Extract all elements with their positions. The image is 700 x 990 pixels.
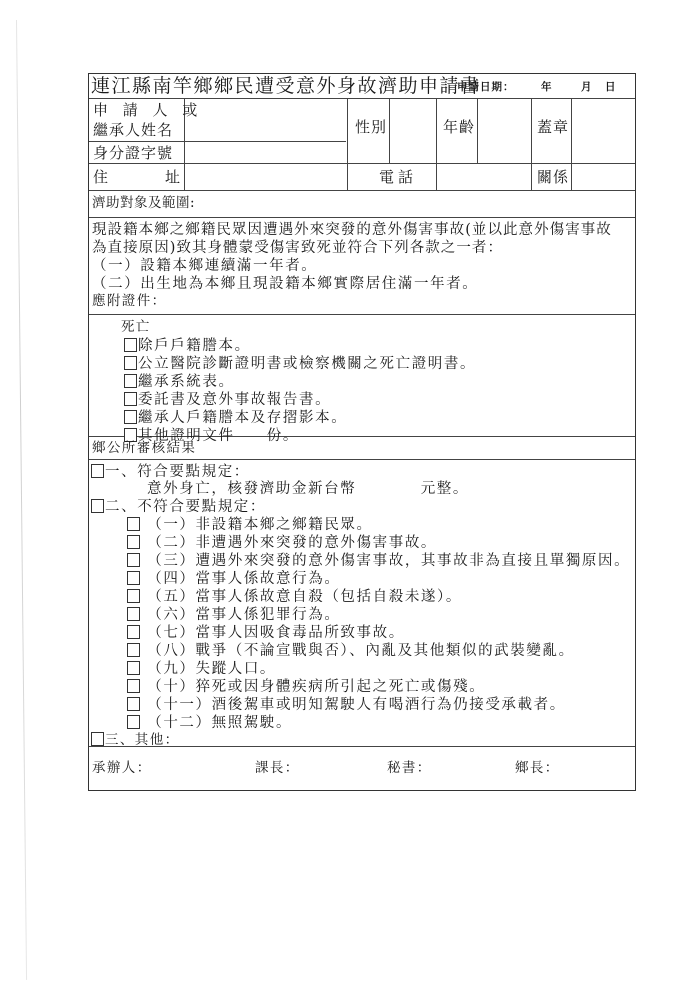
- age-field[interactable]: [482, 103, 527, 159]
- reason-checkbox[interactable]: [127, 661, 140, 675]
- reason-label: （六）當事人係犯罪行為。: [147, 607, 340, 623]
- seal-field[interactable]: [576, 103, 631, 159]
- divider: [184, 141, 346, 142]
- attachment-item: 委託書及意外事故報告書。: [124, 392, 331, 408]
- compliant-checkbox[interactable]: [91, 464, 104, 478]
- application-date-label: 申請日期：: [457, 82, 515, 93]
- attachment-checkbox[interactable]: [124, 338, 137, 352]
- divider: [89, 141, 184, 142]
- reason-item: （一）非設籍本鄉之鄉籍民眾。: [127, 517, 373, 533]
- review-non-compliant: 二、不符合要點規定：: [91, 499, 266, 515]
- reason-checkbox[interactable]: [127, 553, 140, 567]
- attachment-item: 除戶戶籍謄本。: [124, 338, 251, 354]
- reason-item: （五）當事人係故意自殺（包括自殺未遂）。: [127, 589, 462, 605]
- gender-label: 性別: [355, 120, 387, 135]
- reason-checkbox[interactable]: [127, 517, 140, 531]
- divider: [389, 98, 390, 163]
- review-other: 三、其他：: [91, 732, 180, 748]
- address-field[interactable]: [189, 167, 342, 187]
- applicant-name-label-line1: 申 請 人 或: [93, 103, 202, 118]
- reason-item: （七）當事人因吸食毒品所致事故。: [127, 625, 405, 641]
- other-checkbox[interactable]: [91, 732, 104, 746]
- divider: [89, 98, 635, 99]
- attachment-item: 繼承人戶籍謄本及存摺影本。: [124, 410, 347, 426]
- attachment-checkbox[interactable]: [124, 392, 137, 406]
- id-number-field[interactable]: [189, 144, 342, 161]
- reason-label: （二）非遭遇外來突發的意外傷害事故。: [147, 535, 437, 551]
- reason-item: （十一）酒後駕車或明知駕駛人有喝酒行為仍接受承載者。: [127, 697, 566, 713]
- reason-item: （三）遭遇外來突發的意外傷害事故，其事故非為直接且單獨原因。: [127, 553, 630, 569]
- review-compliant: 一、符合要點規定：: [91, 464, 250, 480]
- relation-label: 關係: [537, 170, 569, 185]
- reason-checkbox[interactable]: [127, 607, 140, 621]
- attachment-item: 公立醫院診斷證明書或檢察機關之死亡證明書。: [124, 356, 476, 372]
- gender-field[interactable]: [394, 103, 432, 159]
- scan-edge-line: [16, 20, 27, 980]
- reason-checkbox[interactable]: [127, 625, 140, 639]
- handler-signature-label: 承辦人：: [92, 762, 152, 776]
- reason-checkbox[interactable]: [127, 715, 140, 729]
- divider: [477, 98, 478, 163]
- scope-description-line2: 為直接原因)致其身體蒙受傷害致死並符合下列各款之一者：: [92, 241, 503, 256]
- phone-field[interactable]: [441, 167, 526, 187]
- scope-description-line1: 現設籍本鄉之鄉籍民眾因遭遇外來突發的意外傷害事故(並以此意外傷害事故: [92, 223, 612, 238]
- reason-item: （六）當事人係犯罪行為。: [127, 607, 340, 623]
- date-day-label: 日: [605, 82, 617, 93]
- phone-label: 電話: [379, 170, 417, 185]
- divider: [531, 98, 532, 190]
- divider: [89, 163, 635, 164]
- reason-item: （十）猝死或因身體疾病所引起之死亡或傷殘。: [127, 679, 485, 695]
- reason-checkbox[interactable]: [127, 535, 140, 549]
- reason-label: （三）遭遇外來突發的意外傷害事故，其事故非為直接且單獨原因。: [147, 553, 630, 569]
- divider: [571, 98, 572, 190]
- divider: [436, 98, 437, 190]
- address-label-right: 址: [165, 170, 181, 185]
- reason-label: （八）戰爭（不論宣戰與否）、內亂及其他類似的武裝變亂。: [147, 643, 574, 659]
- attachment-checkbox[interactable]: [124, 410, 137, 424]
- divider: [89, 190, 635, 191]
- divider: [347, 98, 348, 190]
- grant-amount-text: 意外身亡，核發濟助金新台幣 元整。: [147, 482, 469, 497]
- review-heading: 鄉公所審核結果: [92, 442, 196, 456]
- attachment-label: 委託書及意外事故報告書。: [138, 392, 331, 408]
- reason-checkbox[interactable]: [127, 589, 140, 603]
- applicant-name-label-line2: 繼承人姓名: [93, 123, 173, 138]
- reason-checkbox[interactable]: [127, 571, 140, 585]
- attachment-checkbox[interactable]: [124, 374, 137, 388]
- reason-label: （一）非設籍本鄉之鄉籍民眾。: [147, 517, 372, 533]
- reason-label: （五）當事人係故意自殺（包括自殺未遂）。: [147, 589, 462, 605]
- seal-label: 蓋章: [537, 120, 569, 135]
- attachments-category: 死亡: [121, 321, 151, 335]
- id-number-label: 身分證字號: [93, 146, 173, 161]
- age-label: 年齡: [443, 120, 475, 135]
- reason-item: （二）非遭遇外來突發的意外傷害事故。: [127, 535, 437, 551]
- secretary-signature-label: 秘書：: [387, 762, 432, 776]
- scope-heading: 濟助對象及範圍:: [92, 197, 195, 211]
- section-chief-signature-label: 課長：: [255, 762, 300, 776]
- divider: [89, 217, 635, 218]
- reason-label: （九）失蹤人口。: [147, 661, 276, 677]
- attachments-heading: 應附證件：: [92, 295, 167, 309]
- compliant-label: 一、符合要點規定：: [105, 464, 250, 480]
- attachment-item: 繼承系統表。: [124, 374, 235, 390]
- reason-item: （九）失蹤人口。: [127, 661, 276, 677]
- non-compliant-checkbox[interactable]: [91, 499, 104, 513]
- attachment-label: 繼承人戶籍謄本及存摺影本。: [138, 410, 347, 426]
- non-compliant-label: 二、不符合要點規定：: [105, 499, 266, 515]
- applicant-name-field[interactable]: [189, 103, 342, 137]
- date-year-label: 年: [541, 82, 553, 93]
- reason-checkbox[interactable]: [127, 697, 140, 711]
- reason-checkbox[interactable]: [127, 679, 140, 693]
- reason-label: （十一）酒後駕車或明知駕駛人有喝酒行為仍接受承載者。: [147, 697, 566, 713]
- township-chief-signature-label: 鄉長：: [515, 762, 560, 776]
- address-label-left: 住: [93, 170, 109, 185]
- reason-item: （十二）無照駕駛。: [127, 715, 292, 731]
- reason-item: （八）戰爭（不論宣戰與否）、內亂及其他類似的武裝變亂。: [127, 643, 575, 659]
- divider: [89, 459, 635, 460]
- reason-label: （十二）無照駕駛。: [147, 715, 292, 731]
- reason-label: （四）當事人係故意行為。: [147, 571, 340, 587]
- form-title: 連江縣南竿鄉鄉民遭受意外身故濟助申請書: [91, 77, 481, 96]
- attachment-checkbox[interactable]: [124, 356, 137, 370]
- reason-label: （七）當事人因吸食毒品所致事故。: [147, 625, 405, 641]
- reason-checkbox[interactable]: [127, 643, 140, 657]
- reason-label: （十）猝死或因身體疾病所引起之死亡或傷殘。: [147, 679, 485, 695]
- reason-item: （四）當事人係故意行為。: [127, 571, 340, 587]
- application-form: 連江縣南竿鄉鄉民遭受意外身故濟助申請書 申請日期： 年 月 日 申 請 人 或 …: [88, 73, 636, 791]
- divider: [89, 314, 635, 315]
- date-month-label: 月: [581, 82, 593, 93]
- attachment-label: 繼承系統表。: [138, 374, 235, 390]
- relation-field[interactable]: [576, 167, 631, 187]
- attachment-label: 除戶戶籍謄本。: [138, 338, 251, 354]
- other-label: 三、其他：: [105, 732, 180, 748]
- scope-condition: （二）出生地為本鄉且現設籍本鄉實際居住滿一年者。: [92, 277, 478, 292]
- attachment-label: 公立醫院診斷證明書或檢察機關之死亡證明書。: [138, 356, 476, 372]
- scope-condition: （一）設籍本鄉連續滿一年者。: [92, 259, 317, 274]
